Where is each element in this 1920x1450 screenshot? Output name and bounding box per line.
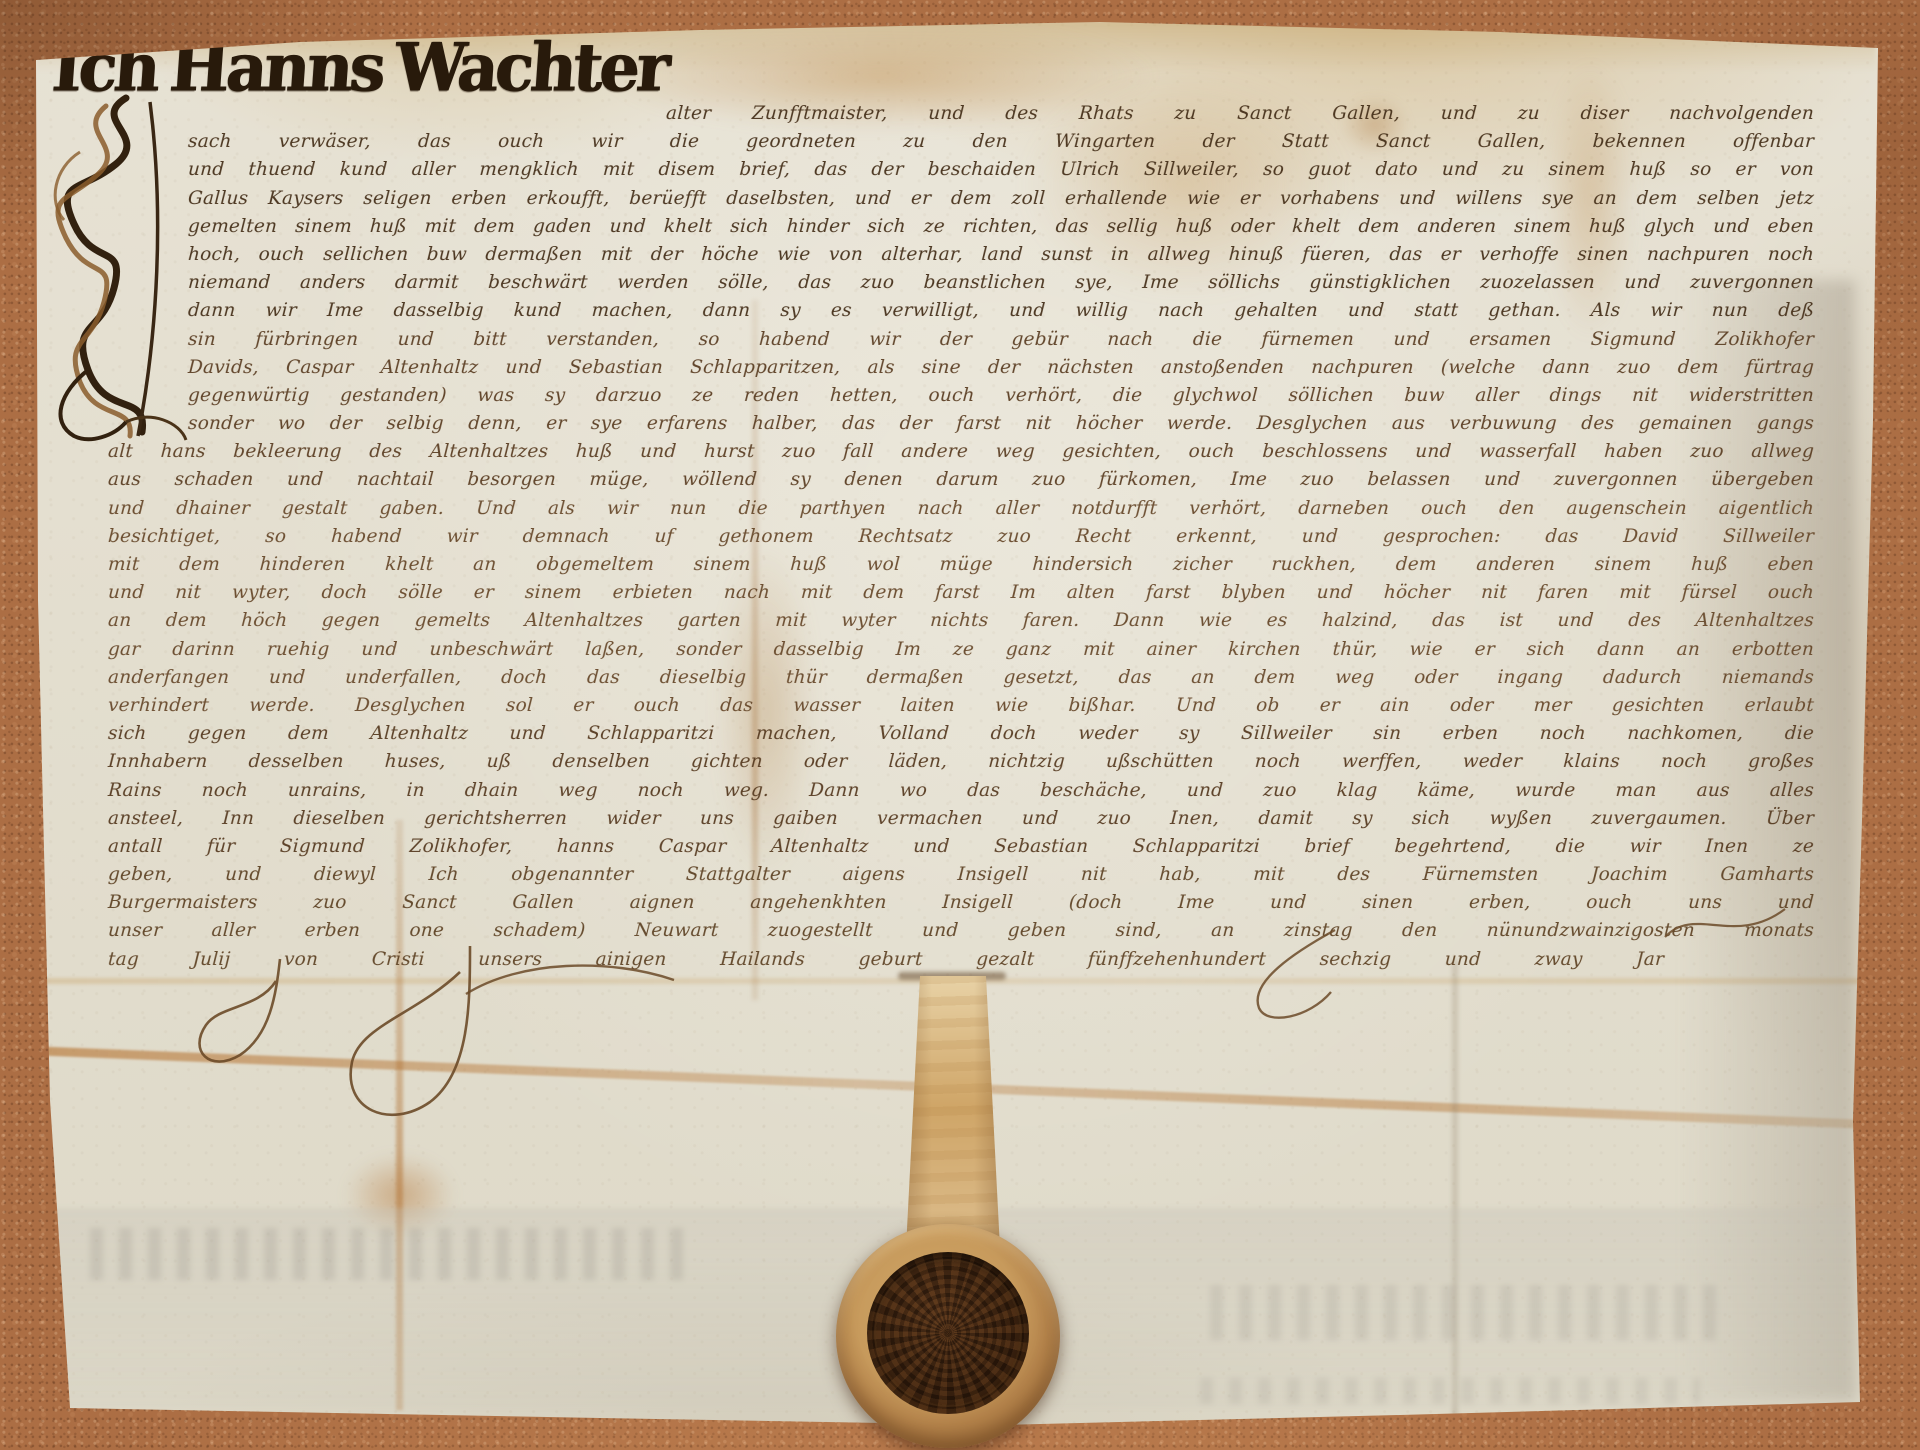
manuscript-line: gemelten sinem huß mit dem gaden und khe… (107, 213, 1814, 241)
manuscript-line: an dem höch gegen gemelts Altenhaltzes g… (107, 607, 1814, 635)
manuscript-lines: alter Zunfftmaister, und des Rhats zu Sa… (108, 100, 1814, 974)
manuscript-line: ansteel, Inn dieselben gerichtsherren wi… (107, 805, 1814, 833)
manuscript-line: aus schaden und nachtail besorgen müge, … (107, 466, 1814, 494)
underline-swash (460, 952, 680, 1016)
manuscript-line: Rains noch unrains, in dhain weg noch we… (107, 777, 1814, 805)
manuscript-line: Innhabern desselben huses, uß denselben … (107, 748, 1814, 776)
manuscript-line: alt hans bekleerung des Altenhaltzes huß… (107, 438, 1814, 466)
ink-offset-smudge (1200, 1378, 1700, 1404)
manuscript-line: sich gegen dem Altenhaltz und Schlappari… (107, 720, 1814, 748)
manuscript-line: Burgermaisters zuo Sanct Gallen aignen a… (107, 889, 1814, 917)
manuscript-line: besichtiget, so habend wir demnach uf ge… (107, 523, 1814, 551)
framed-charter-photo: Ich Hanns Wachter alter Zunfftmaister, u… (0, 0, 1920, 1450)
ink-offset-smudge (90, 1228, 690, 1280)
manuscript-line: dann wir Ime dasselbig kund machen, dann… (107, 297, 1814, 325)
manuscript-line: Gallus Kaysers seligen erben erkoufft, b… (107, 185, 1814, 213)
manuscript-line: sin fürbringen und bitt verstanden, so h… (107, 326, 1814, 354)
manuscript-line: antall für Sigmund Zolikhofer, hanns Cas… (107, 833, 1814, 861)
manuscript-line: gar darinn ruehig und unbeschwärt laßen,… (107, 636, 1814, 664)
ink-offset-smudge (1210, 1285, 1730, 1340)
manuscript-line: sonder wo der selbig denn, er sye erfare… (107, 410, 1814, 438)
wax-seal (836, 1224, 1060, 1448)
seal-wax-impression (867, 1252, 1029, 1414)
manuscript-line: verhindert werde. Desglychen sol er ouch… (107, 692, 1814, 720)
manuscript-line: anderfangen und underfallen, doch das di… (107, 664, 1814, 692)
manuscript-line: sach verwäser, das ouch wir die geordnet… (107, 128, 1814, 156)
manuscript-line: und thuend kund aller mengklich mit dise… (107, 156, 1814, 184)
manuscript-line: niemand anders darmit beschwärt werden s… (107, 269, 1814, 297)
manuscript-line: alter Zunfftmaister, und des Rhats zu Sa… (107, 100, 1814, 128)
manuscript-line: mit dem hinderen khelt an obgemeltem sin… (107, 551, 1814, 579)
descender-flourish (180, 955, 320, 1090)
end-of-text-flourish (1655, 895, 1795, 955)
descender-flourish (1235, 922, 1365, 1022)
manuscript-line: hoch, ouch sellichen buw dermaßen mit de… (107, 241, 1814, 269)
manuscript-line: geben, und diewyl Ich obgenannter Stattg… (107, 861, 1814, 889)
manuscript-line: und nit wyter, doch sölle er sinem erbie… (107, 579, 1814, 607)
manuscript-line: Davids, Caspar Altenhaltz und Sebastian … (107, 354, 1814, 382)
manuscript-line: und dhainer gestalt gaben. Und als wir n… (107, 495, 1814, 523)
manuscript-line: gegenwürtig gestanden) was sy darzuo ze … (107, 382, 1814, 410)
